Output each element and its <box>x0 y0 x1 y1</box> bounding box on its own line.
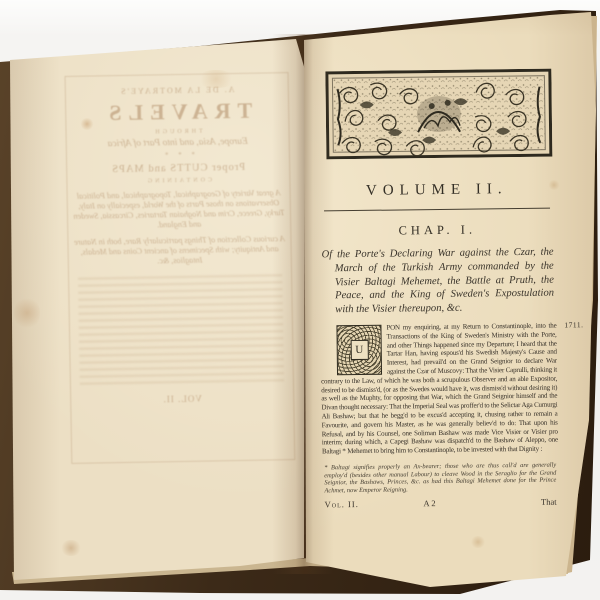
chapter-summary: Of the Porte's Declaring War against the… <box>321 246 554 318</box>
headpiece-engraving <box>325 69 552 160</box>
section-rule <box>324 208 551 212</box>
body-paragraph: 1711. U PON my enquiring, at my Return t… <box>320 322 558 457</box>
catchword: That <box>541 496 557 506</box>
drop-cap-letter: U <box>350 340 368 360</box>
gathering-mark: A 2 <box>423 498 435 508</box>
left-page-showthrough: A. DE LA MOTRAYE'S TRAVELS THROUGH Europ… <box>61 70 300 474</box>
chapter-heading: CHAP. I. <box>319 222 555 240</box>
showthrough-illegible-text <box>78 274 284 388</box>
gutter-shadow <box>272 34 334 574</box>
book-photograph: A. DE LA MOTRAYE'S TRAVELS THROUGH Europ… <box>0 0 600 600</box>
decorated-initial: U <box>336 325 382 376</box>
title-page-frame <box>65 72 296 464</box>
right-page-content: VOLUME II. CHAP. I. Of the Porte's Decla… <box>317 69 558 510</box>
margin-year: 1711. <box>564 321 583 330</box>
footnote: * Baltagi signifies properly an Ax-beare… <box>324 462 556 496</box>
volume-heading: VOLUME II. <box>319 181 555 201</box>
